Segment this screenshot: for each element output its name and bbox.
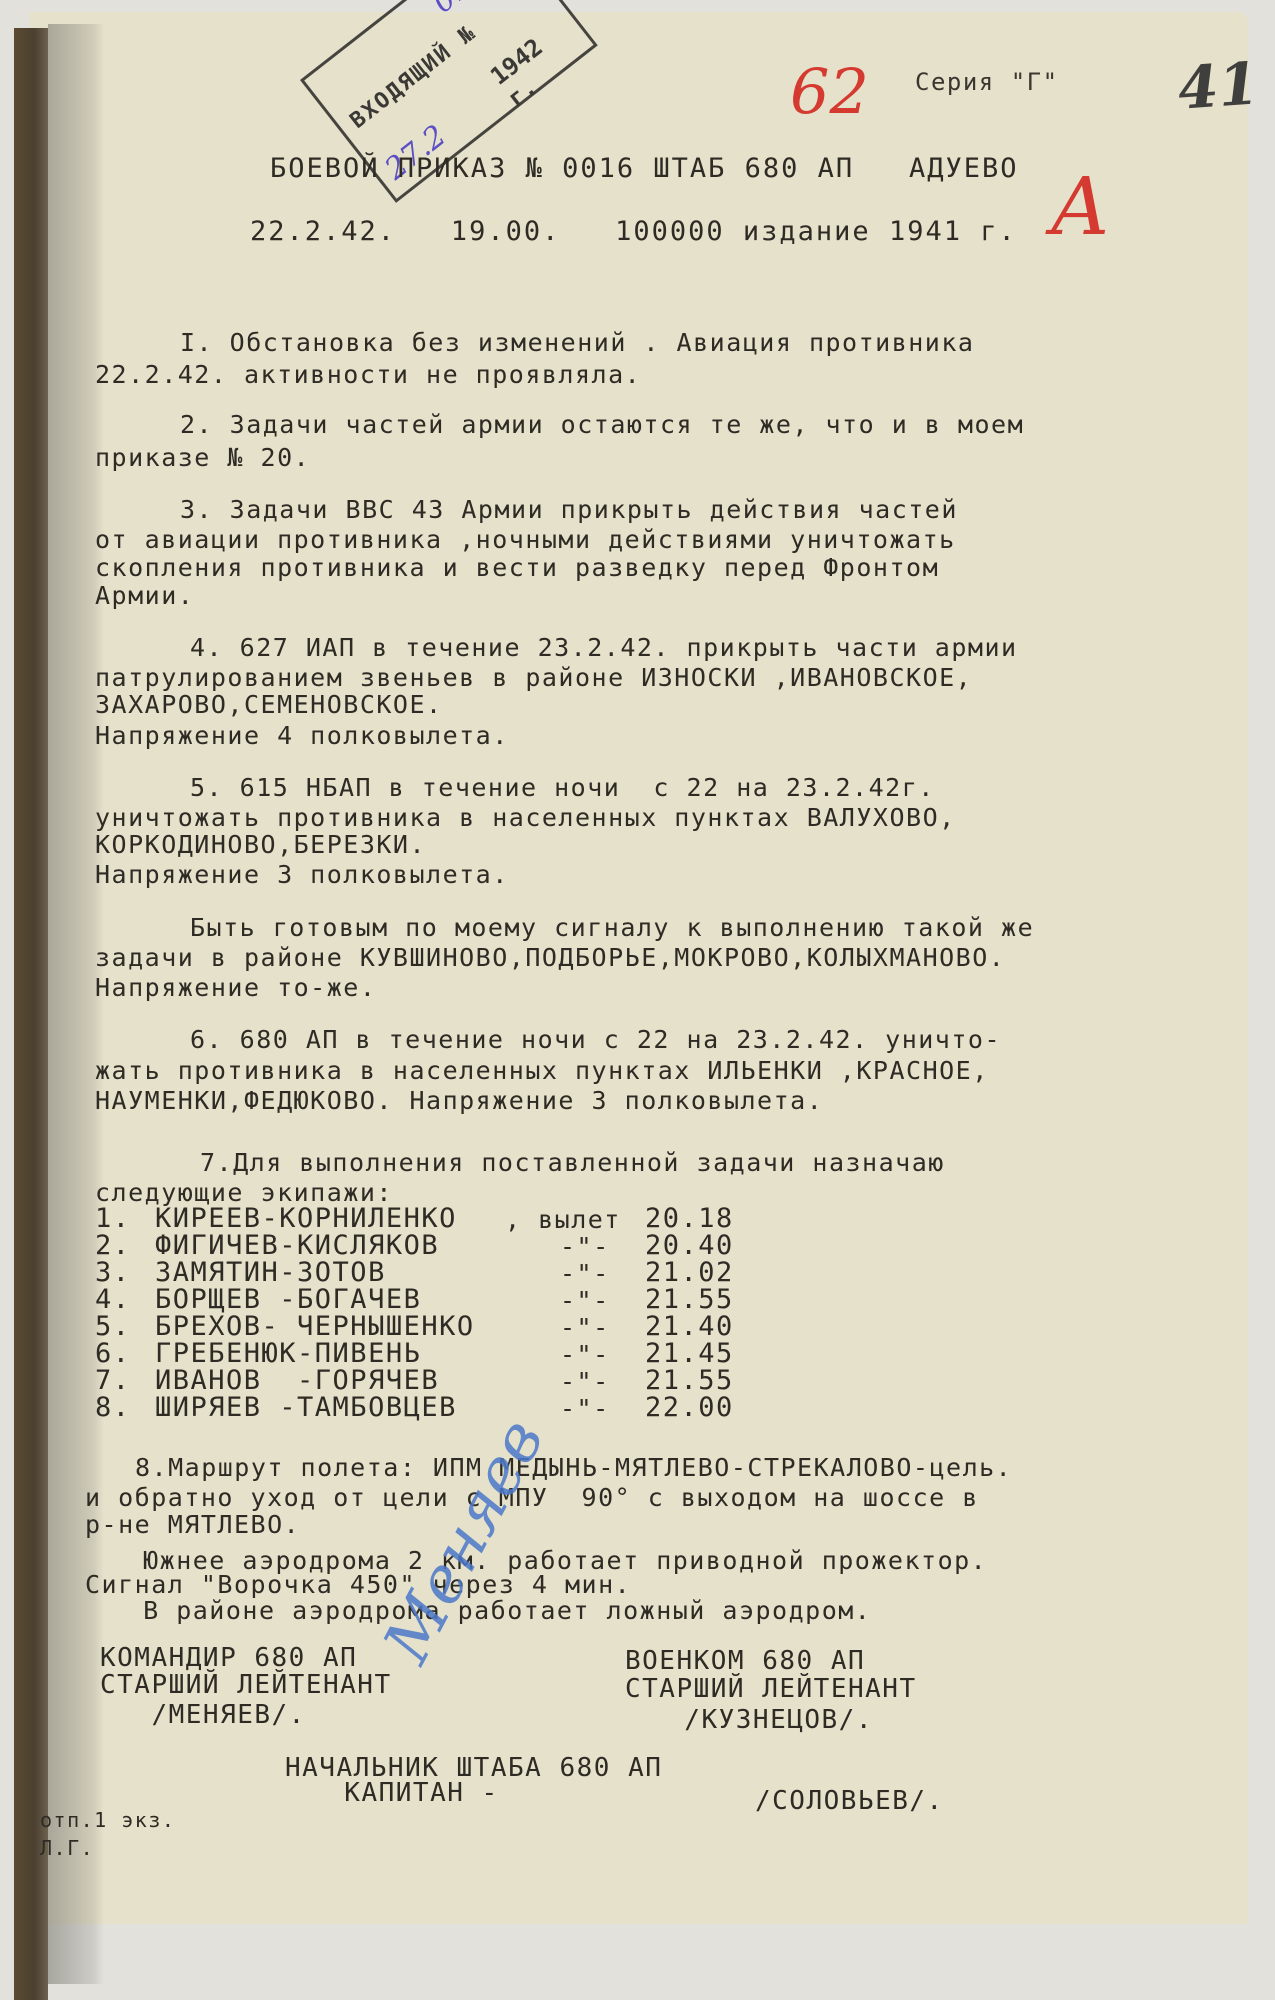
stamp-label: ВХОДЯЩИЙ № <box>346 20 482 134</box>
commander-title: КОМАНДИР 680 АП <box>100 1645 357 1671</box>
paragraph-6-line-3: НАУМЕНКИ,ФЕДЮКОВО. Напряжение 3 полковыл… <box>95 1088 823 1113</box>
crew-time: 21.45 <box>645 1340 734 1367</box>
commissar-name: /КУЗНЕЦОВ/. <box>650 1707 873 1733</box>
crew-row: 2.ФИГИЧЕВ-КИСЛЯКОВ <box>95 1232 439 1259</box>
crew-time: 22.00 <box>645 1394 734 1421</box>
readiness-line-3: Напряжение то-же. <box>95 975 376 1000</box>
route-line-1: 8.Маршрут полета: ИПМ МЕДЫНЬ-МЯТЛЕВО-СТР… <box>135 1455 1012 1480</box>
crew-names: ШИРЯЕВ -ТАМБОВЦЕВ <box>155 1392 457 1423</box>
crew-mark: -"- <box>560 1288 610 1313</box>
crew-time: 20.40 <box>645 1232 734 1259</box>
route-line-6: В районе аэродрома работает ложный аэрод… <box>110 1598 871 1623</box>
red-letter-mark: А <box>1050 160 1111 253</box>
paragraph-5-line-1: 5. 615 НБАП в течение ночи с 22 на 23.2.… <box>190 775 935 800</box>
crew-mark: -"- <box>560 1261 610 1286</box>
paragraph-1-line-1: І. Обстановка без изменений . Авиация пр… <box>180 330 974 355</box>
crew-mark: , вылет <box>505 1207 621 1232</box>
crew-time: 21.55 <box>645 1367 734 1394</box>
crew-time: 21.02 <box>645 1259 734 1286</box>
paragraph-5-line-4: Напряжение 3 полковылета. <box>95 862 509 887</box>
crew-time: 21.40 <box>645 1313 734 1340</box>
paragraph-7-line-2: следующие экипажи: <box>95 1180 393 1205</box>
commissar-title: ВОЕНКОМ 680 АП <box>625 1648 865 1674</box>
red-pencil-mark: 62 <box>790 55 869 128</box>
chief-of-staff-rank: КАПИТАН - <box>310 1780 499 1806</box>
paragraph-4-line-2: патрулированием звеньев в районе ИЗНОСКИ… <box>95 665 972 690</box>
readiness-line-2: задачи в районе КУВШИНОВО,ПОДБОРЬЕ,МОКРО… <box>95 945 1005 970</box>
crew-mark: -"- <box>560 1396 610 1421</box>
crew-mark: -"- <box>560 1369 610 1394</box>
stamp-number: 0117 <box>426 0 508 20</box>
crew-row: 6.ГРЕБЕНЮК-ПИВЕНЬ <box>95 1340 421 1367</box>
binding-spine <box>14 28 48 2000</box>
crew-row: 5.БРЕХОВ- ЧЕРНЫШЕНКО <box>95 1313 475 1340</box>
route-line-3: р-не МЯТЛЕВО. <box>85 1512 300 1537</box>
paragraph-2-line-1: 2. Задачи частей армии остаются те же, ч… <box>180 412 1024 437</box>
paragraph-3-line-1: 3. Задачи ВВС 43 Армии прикрыть действия… <box>180 497 958 522</box>
document-date-line: 22.2.42. 19.00. 100000 издание 1941 г. <box>250 218 1017 245</box>
paragraph-1-line-2: 22.2.42. активности не проявляла. <box>95 362 641 387</box>
chief-of-staff-name: /СОЛОВЬЕВ/. <box>755 1788 944 1814</box>
series-label: Серия "Г" <box>915 70 1059 94</box>
document-title: БОЕВОЙ ПРИКАЗ № 0016 ШТАБ 680 АП АДУЕВО <box>270 155 1018 182</box>
crew-time: 20.18 <box>645 1205 734 1232</box>
crew-row: 7.ИВАНОВ -ГОРЯЧЕВ <box>95 1367 439 1394</box>
route-line-5: Сигнал "Ворочка 450" через 4 мин. <box>85 1572 631 1597</box>
typist-note: Л.Г. <box>40 1838 94 1858</box>
crew-mark: -"- <box>560 1315 610 1340</box>
paragraph-5-line-3: КОРКОДИНОВО,БЕРЕЗКИ. <box>95 832 426 857</box>
water-stain <box>48 24 104 1984</box>
sheet-number: 41 <box>1176 49 1261 122</box>
paragraph-4-line-4: Напряжение 4 полковылета. <box>95 723 509 748</box>
crew-time: 21.55 <box>645 1286 734 1313</box>
commander-rank: СТАРШИЙ ЛЕЙТЕНАНТ <box>100 1672 392 1698</box>
paragraph-3-line-2: от авиации противника ,ночными действиям… <box>95 527 956 552</box>
paragraph-4-line-1: 4. 627 ИАП в течение 23.2.42. прикрыть ч… <box>190 635 1018 660</box>
paragraph-5-line-2: уничтожать противника в населенных пункт… <box>95 805 956 830</box>
crew-mark: -"- <box>560 1342 610 1367</box>
crew-mark: -"- <box>560 1234 610 1259</box>
paragraph-7-line-1: 7.Для выполнения поставленной задачи наз… <box>200 1150 945 1175</box>
paragraph-2-line-2: приказе № 20. <box>95 445 310 470</box>
crew-row: 8.ШИРЯЕВ -ТАМБОВЦЕВ <box>95 1394 457 1421</box>
paragraph-3-line-4: Армии. <box>95 583 194 608</box>
crew-row: 3.ЗАМЯТИН-ЗОТОВ <box>95 1259 386 1286</box>
paragraph-4-line-3: ЗАХАРОВО,СЕМЕНОВСКОЕ. <box>95 692 443 717</box>
commissar-rank: СТАРШИЙ ЛЕЙТЕНАНТ <box>625 1676 917 1702</box>
crew-row: 1.КИРЕЕВ-КОРНИЛЕНКО <box>95 1205 457 1232</box>
commander-name: /МЕНЯЕВ/. <box>100 1702 306 1728</box>
copies-note: отп.1 экз. <box>40 1810 175 1830</box>
crew-row: 4.БОРЩЕВ -БОГАЧЕВ <box>95 1286 421 1313</box>
readiness-line-1: Быть готовым по моему сигналу к выполнен… <box>190 915 1034 940</box>
paragraph-6-line-1: 6. 680 АП в течение ночи с 22 на 23.2.42… <box>190 1027 1001 1052</box>
paragraph-6-line-2: жать противника в населенных пунктах ИЛЬ… <box>95 1058 989 1083</box>
paragraph-3-line-3: скопления противника и вести разведку пе… <box>95 555 939 580</box>
